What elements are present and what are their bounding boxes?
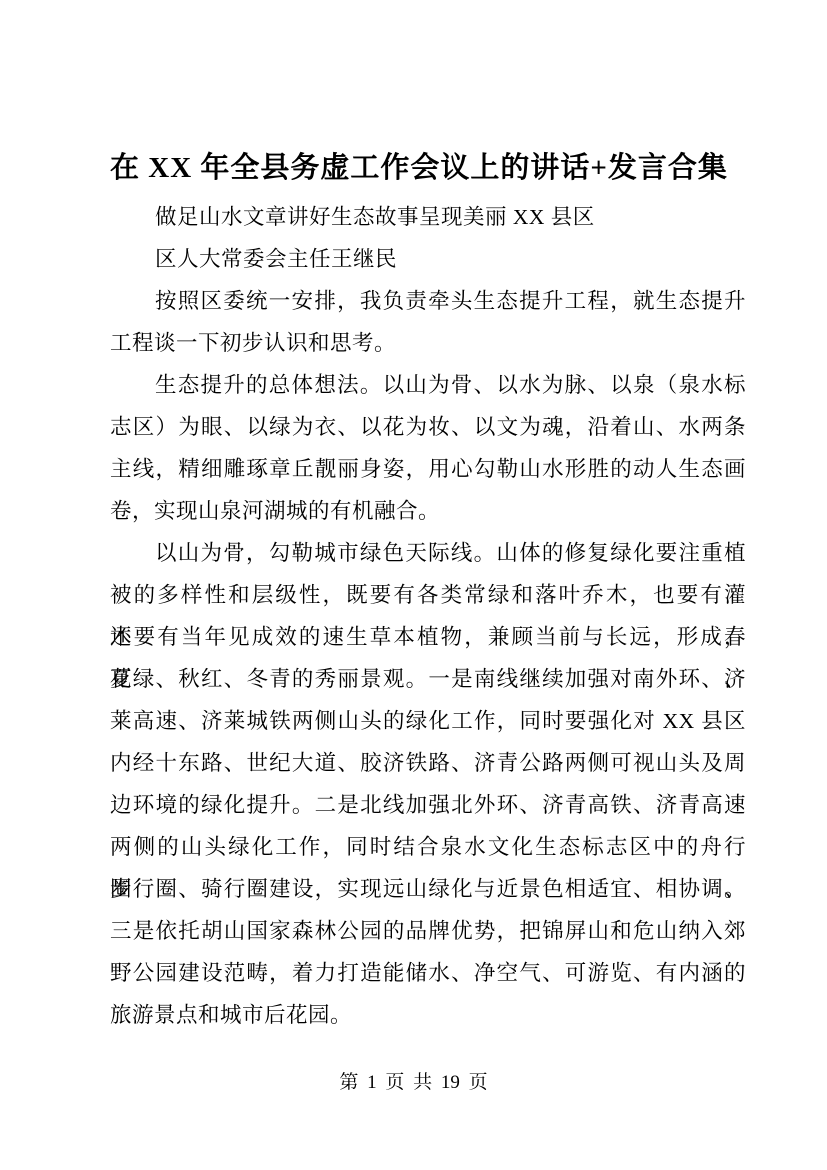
text-line: 志区）为眼、以绿为衣、以花为妆、以文为魂，沿着山、水两条 [110,406,746,448]
text-line: 夏绿、秋红、冬青的秀丽景观。一是南线继续加强对南外环、济 [110,658,746,700]
page-number: 第 1 页 共 19 页 [0,1068,827,1098]
document-page: 在 XX 年全县务虚工作会议上的讲话+发言合集 做足山水文章讲好生态故事呈现美丽… [0,0,827,1170]
text-line: 做足山水文章讲好生态故事呈现美丽 XX 县区 [110,196,746,238]
text-line: 三是依托胡山国家森林公园的品牌优势，把锦屏山和危山纳入郊 [110,910,746,952]
document-content: 在 XX 年全县务虚工作会议上的讲话+发言合集 做足山水文章讲好生态故事呈现美丽… [110,140,746,1036]
text-line: 旅游景点和城市后花园。 [110,994,746,1036]
text-line: 区人大常委会主任王继民 [110,238,746,280]
text-line: 以山为骨，勾勒城市绿色天际线。山体的修复绿化要注重植 [110,532,746,574]
text-line: 还要有当年见成效的速生草本植物，兼顾当前与长远，形成春花、 [110,616,746,658]
text-line: 内经十东路、世纪大道、胶济铁路、济青公路两侧可视山头及周 [110,742,746,784]
document-title: 在 XX 年全县务虚工作会议上的讲话+发言合集 [110,140,746,196]
document-body: 做足山水文章讲好生态故事呈现美丽 XX 县区区人大常委会主任王继民按照区委统一安… [110,196,746,1036]
text-line: 野公园建设范畴，着力打造能储水、净空气、可游览、有内涵的 [110,952,746,994]
text-line: 被的多样性和层级性，既要有各类常绿和落叶乔木，也要有灌木， [110,574,746,616]
text-line: 生态提升的总体想法。以山为骨、以水为脉、以泉（泉水标 [110,364,746,406]
text-line: 主线，精细雕琢章丘靓丽身姿，用心勾勒山水形胜的动人生态画 [110,448,746,490]
text-line: 按照区委统一安排，我负责牵头生态提升工程，就生态提升 [110,280,746,322]
text-line: 卷，实现山泉河湖城的有机融合。 [110,490,746,532]
text-line: 工程谈一下初步认识和思考。 [110,322,746,364]
text-line: 步行圈、骑行圈建设，实现远山绿化与近景色相适宜、相协调。 [110,868,746,910]
text-line: 两侧的山头绿化工作，同时结合泉水文化生态标志区中的舟行圈、 [110,826,746,868]
text-line: 边环境的绿化提升。二是北线加强北外环、济青高铁、济青高速 [110,784,746,826]
text-line: 莱高速、济莱城铁两侧山头的绿化工作，同时要强化对 XX 县区 [110,700,746,742]
